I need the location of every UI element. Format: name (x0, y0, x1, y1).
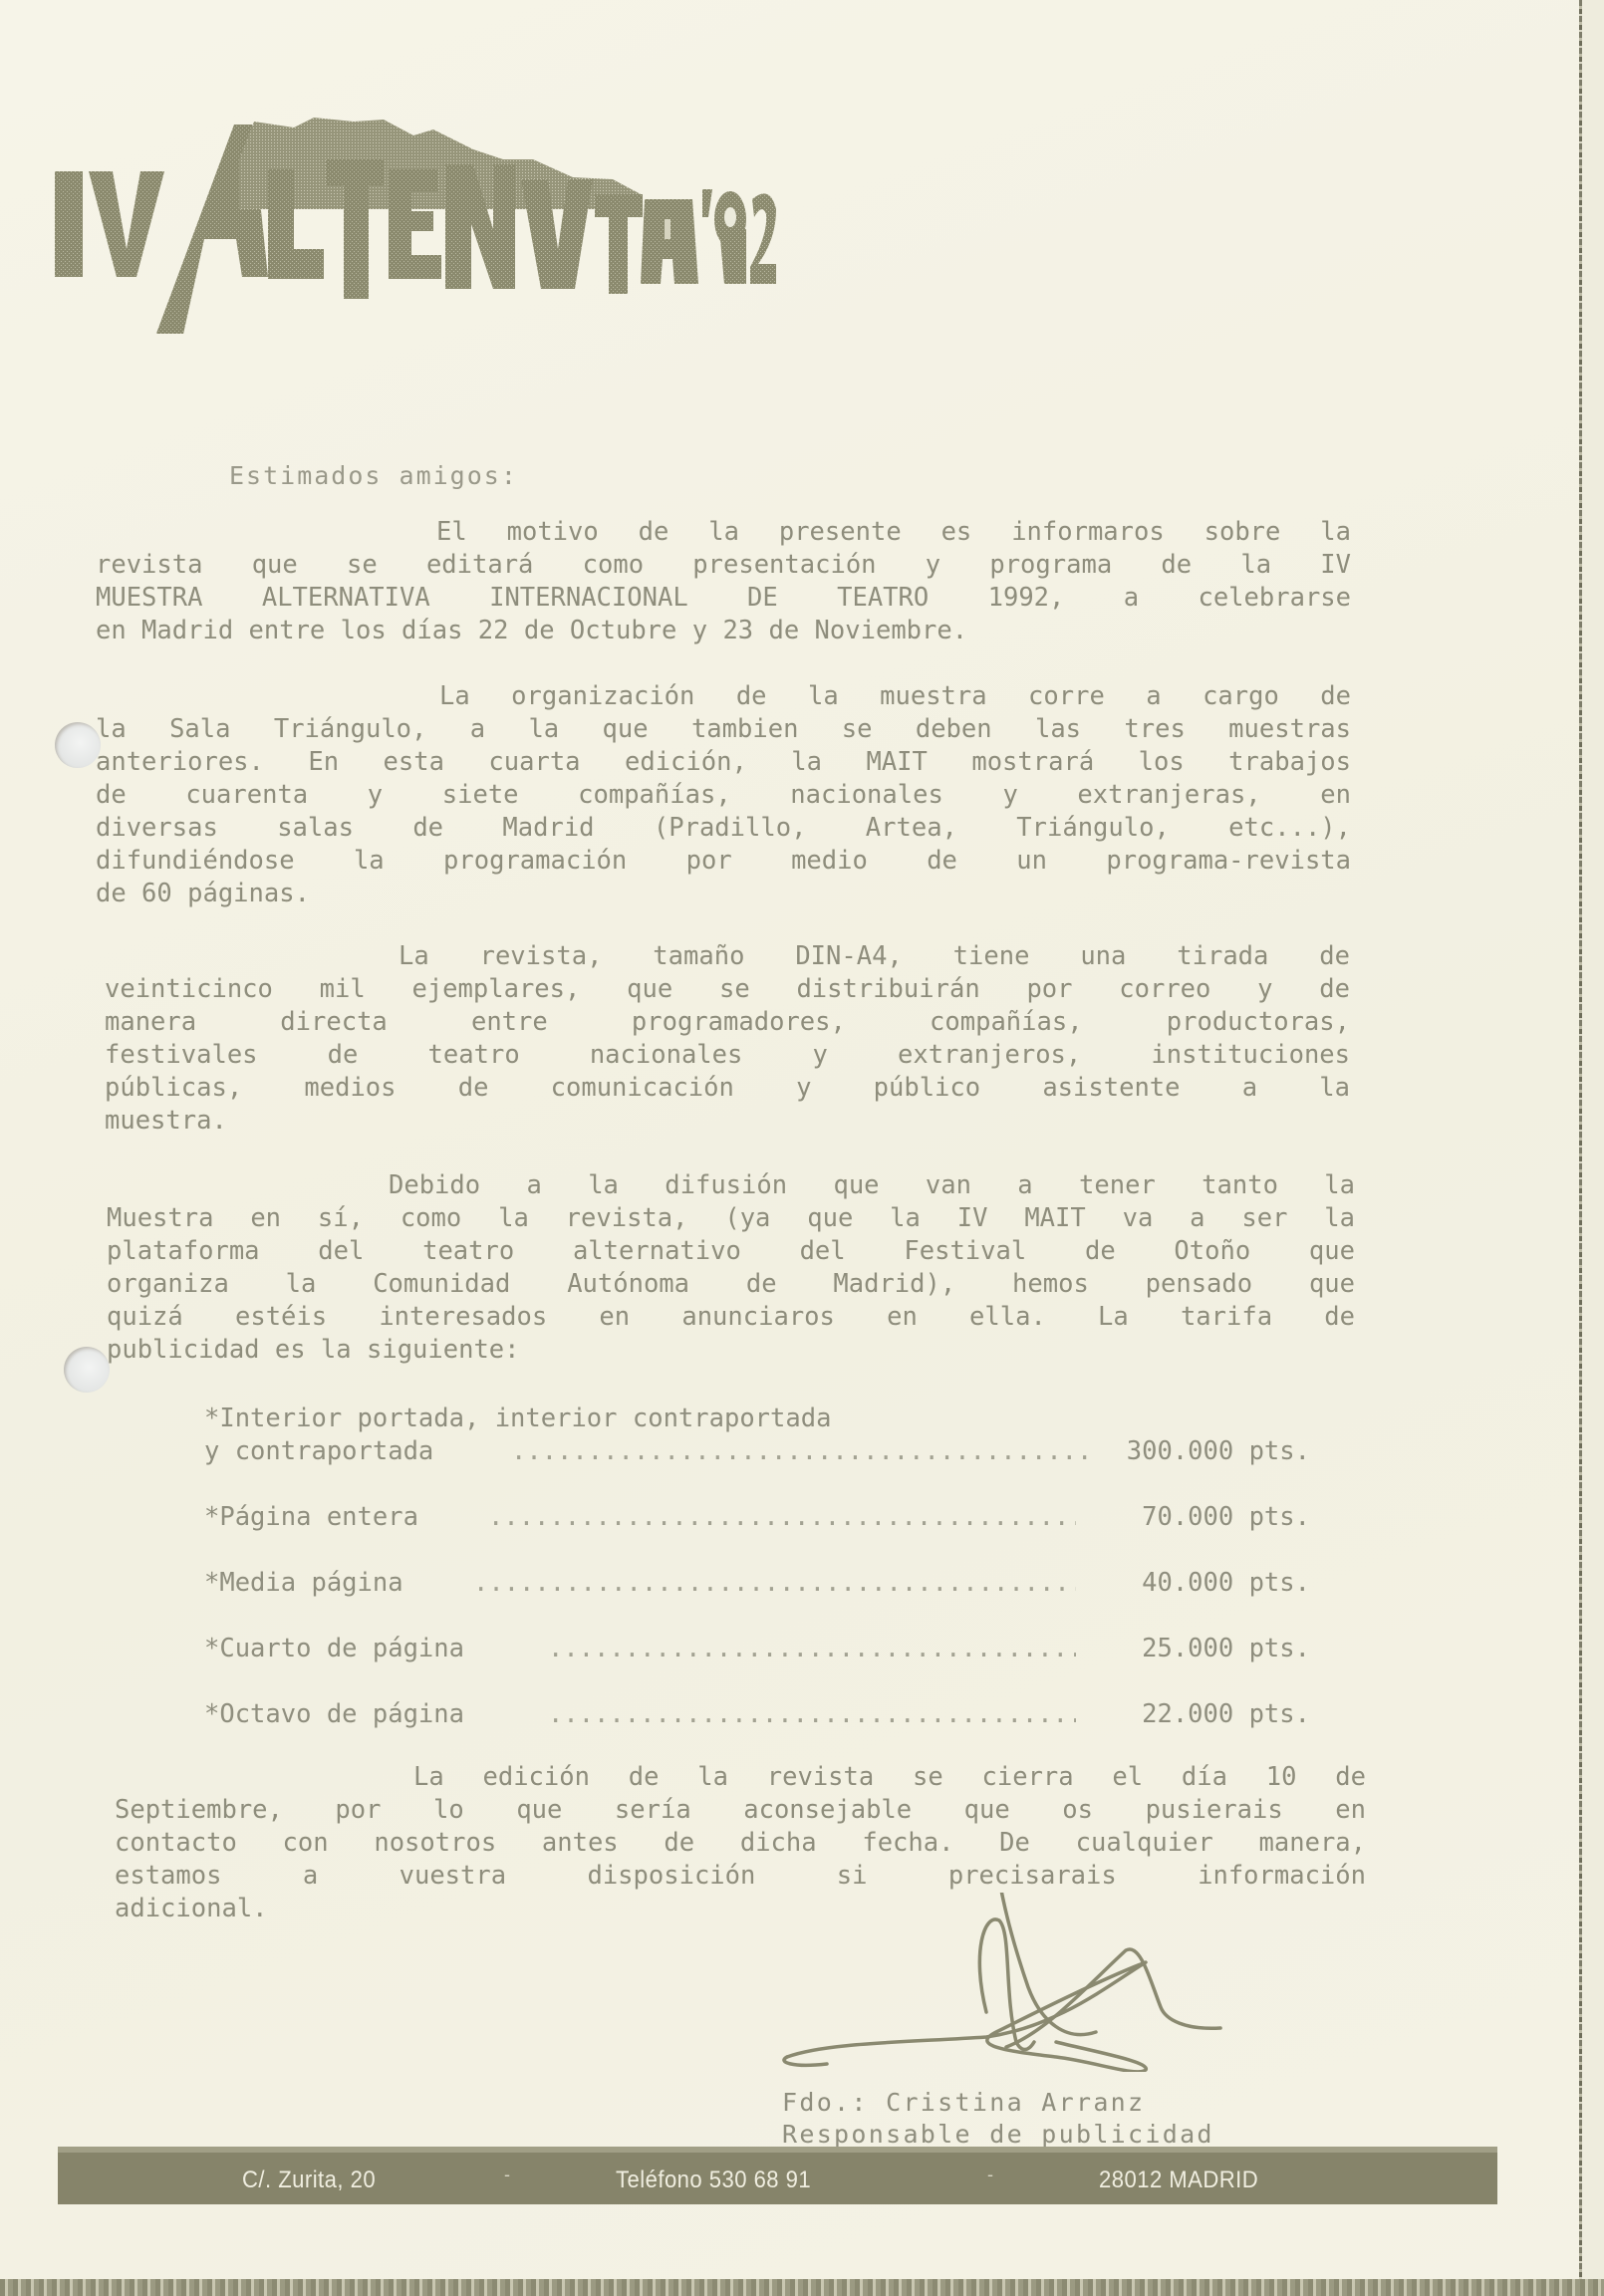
footer-separator: - (987, 2165, 993, 2185)
price-label: *Página entera (204, 1501, 418, 1534)
price-row: *Interior portada, interior contraportad… (204, 1403, 1300, 1435)
footer-city: 28012 MADRID (1099, 2167, 1258, 2194)
footer-phone: Teléfono 530 68 91 (616, 2167, 811, 2194)
paragraph-magazine: La revista, tamaño DIN-A4, tiene una tir… (105, 940, 1350, 1138)
price-label: y contraportada (204, 1435, 433, 1468)
page-right-margin (1582, 0, 1604, 2296)
leader-dots: ........................................… (473, 1567, 1076, 1600)
price-value: 25.000 pts. (1142, 1633, 1310, 1665)
paragraph-organization: La organización de la muestra corre a ca… (96, 680, 1351, 910)
text-line: La revista, tamaño DIN-A4, tiene una tir… (105, 940, 1350, 973)
signature-stroke (767, 1893, 1255, 2072)
text-line: organiza la Comunidad Autónoma de Madrid… (107, 1268, 1355, 1301)
text-line: estamos a vuestra disposición si precisa… (115, 1860, 1366, 1893)
text-line: Septiembre, por lo que sería aconsejable… (115, 1794, 1366, 1827)
text-line: La organización de la muestra corre a ca… (96, 680, 1351, 713)
signed-by: Fdo.: Cristina Arranz (782, 2088, 1145, 2117)
festival-logo (55, 100, 777, 334)
advertising-rates: *Interior portada, interior contraportad… (204, 1403, 1300, 1731)
punch-hole-bottom (64, 1347, 110, 1393)
handwritten-signature (767, 1893, 1255, 2072)
text-line: públicas, medios de comunicación y públi… (105, 1072, 1350, 1105)
page-right-edge (1579, 0, 1582, 2281)
price-label: *Octavo de página (204, 1698, 464, 1731)
footer-separator: - (504, 2165, 510, 2185)
letter-page: Estimados amigos: El motivo de la presen… (0, 0, 1604, 2296)
leader-dots: ........................................… (488, 1501, 1076, 1534)
price-label: *Interior portada, interior contraportad… (204, 1403, 831, 1435)
footer-contact-bar: C/. Zurita, 20 - Teléfono 530 68 91 - 28… (58, 2147, 1497, 2204)
text-line: La edición de la revista se cierra el dí… (115, 1761, 1366, 1794)
price-value: 40.000 pts. (1142, 1567, 1310, 1600)
price-value: 300.000 pts. (1127, 1435, 1310, 1468)
text-line: la Sala Triángulo, a la que tambien se d… (96, 713, 1351, 746)
text-line: anteriores. En esta cuarta edición, la M… (96, 746, 1351, 779)
signer-role: Responsable de publicidad (782, 2120, 1214, 2149)
logo-graphic (55, 100, 777, 334)
text-line: Muestra en sí, como la revista, (ya que … (107, 1202, 1355, 1235)
text-line: veinticinco mil ejemplares, que se distr… (105, 973, 1350, 1006)
text-line: muestra. (105, 1105, 1350, 1138)
text-line: MUESTRA ALTERNATIVA INTERNACIONAL DE TEA… (96, 582, 1351, 615)
price-row: *Cuarto de página ......................… (204, 1633, 1300, 1665)
punch-hole-top (55, 722, 101, 768)
text-line: festivales de teatro nacionales y extran… (105, 1039, 1350, 1072)
leader-dots: ........................................… (548, 1698, 1076, 1731)
price-row: *Octavo de página ......................… (204, 1698, 1300, 1731)
price-row: y contraportada ........................… (204, 1435, 1300, 1468)
text-line: diversas salas de Madrid (Pradillo, Arte… (96, 812, 1351, 845)
price-value: 22.000 pts. (1142, 1698, 1310, 1731)
text-line: de 60 páginas. (96, 878, 1351, 910)
text-line: revista que se editará como presentación… (96, 549, 1351, 582)
text-line: quizá estéis interesados en anunciaros e… (107, 1301, 1355, 1334)
text-line: Debido a la difusión que van a tener tan… (107, 1169, 1355, 1202)
text-line: El motivo de la presente es informaros s… (96, 516, 1351, 549)
paragraph-intro: El motivo de la presente es informaros s… (96, 516, 1351, 647)
price-label: *Cuarto de página (204, 1633, 464, 1665)
price-row: *Página entera .........................… (204, 1501, 1300, 1534)
footer-address: C/. Zurita, 20 (242, 2167, 376, 2194)
text-line: contacto con nosotros antes de dicha fec… (115, 1827, 1366, 1860)
text-line: difundiéndose la programación por medio … (96, 845, 1351, 878)
leader-dots: ........................................… (548, 1633, 1076, 1665)
paragraph-advertising: Debido a la difusión que van a tener tan… (107, 1169, 1355, 1367)
text-line: publicidad es la siguiente: (107, 1334, 1355, 1367)
text-line: de cuarenta y siete compañías, nacionale… (96, 779, 1351, 812)
greeting: Estimados amigos: (229, 461, 518, 490)
page-bottom-edge (0, 2279, 1604, 2296)
text-line: en Madrid entre los días 22 de Octubre y… (96, 615, 1351, 647)
leader-dots: ........................................… (511, 1435, 1089, 1468)
text-line: plataforma del teatro alternativo del Fe… (107, 1235, 1355, 1268)
text-line: manera directa entre programadores, comp… (105, 1006, 1350, 1039)
price-row: *Media página ..........................… (204, 1567, 1300, 1600)
price-label: *Media página (204, 1567, 403, 1600)
price-value: 70.000 pts. (1142, 1501, 1310, 1534)
